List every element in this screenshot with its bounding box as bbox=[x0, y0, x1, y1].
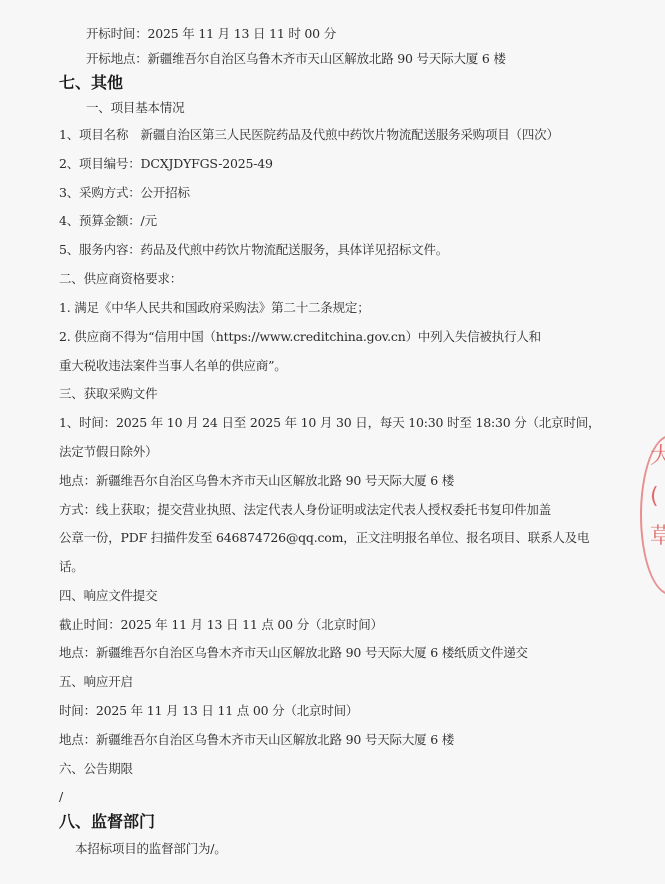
acquire-time-cont: 法定节假日除外） bbox=[59, 444, 157, 460]
open-place: 地点：新疆维吾尔自治区乌鲁木齐市天山区解放北路 90 号天际大厦 6 楼 bbox=[59, 732, 454, 748]
stamp-char: 大 bbox=[650, 437, 665, 477]
acquire-method-cont: 公章一份，PDF 扫描件发至 646874726@qq.com，正文注明报名单位… bbox=[59, 530, 589, 546]
open-time: 时间：2025 年 11 月 13 日 11 点 00 分（北京时间） bbox=[59, 703, 358, 719]
supervision-text: 本招标项目的监督部门为/。 bbox=[75, 841, 227, 857]
submit-place: 地点：新疆维吾尔自治区乌鲁木齐市天山区解放北路 90 号天际大厦 6 楼纸质文件… bbox=[59, 645, 528, 661]
opening-place: 开标地点：新疆维吾尔自治区乌鲁木齐市天山区解放北路 90 号天际大厦 6 楼 bbox=[86, 51, 506, 67]
section-7-title: 七、其他 bbox=[59, 73, 123, 93]
document-page: 开标时间：2025 年 11 月 13 日 11 时 00 分 开标地点：新疆维… bbox=[0, 0, 665, 884]
procurement-method: 3、采购方式：公开招标 bbox=[59, 185, 190, 201]
acquire-method-end: 话。 bbox=[59, 559, 84, 575]
sub1-title: 一、项目基本情况 bbox=[86, 100, 184, 116]
stamp-char: 草 bbox=[650, 517, 665, 557]
official-seal-stamp: 大 ( 草 bbox=[640, 435, 665, 595]
budget-amount: 4、预算金额：/元 bbox=[59, 213, 157, 229]
qualification-1: 1. 满足《中华人民共和国政府采购法》第二十二条规定； bbox=[59, 300, 370, 316]
opening-time: 开标时间：2025 年 11 月 13 日 11 时 00 分 bbox=[86, 26, 336, 42]
notice-period: / bbox=[59, 789, 63, 805]
stamp-char: ( bbox=[650, 477, 665, 517]
sub3-title: 三、获取采购文件 bbox=[59, 386, 157, 402]
sub4-title: 四、响应文件提交 bbox=[59, 588, 157, 604]
acquire-time: 1、时间：2025 年 10 月 24 日至 2025 年 10 月 30 日，… bbox=[59, 415, 600, 431]
section-8-title: 八、监督部门 bbox=[59, 812, 155, 832]
sub6-title: 六、公告期限 bbox=[59, 761, 133, 777]
acquire-place: 地点：新疆维吾尔自治区乌鲁木齐市天山区解放北路 90 号天际大厦 6 楼 bbox=[59, 473, 454, 489]
sub5-title: 五、响应开启 bbox=[59, 674, 133, 690]
qualification-2: 2. 供应商不得为“信用中国（https://www.creditchina.g… bbox=[59, 329, 541, 345]
sub2-title: 二、供应商资格要求： bbox=[59, 271, 182, 287]
qualification-2-cont: 重大税收违法案件当事人名单的供应商”。 bbox=[59, 358, 287, 374]
submit-deadline: 截止时间：2025 年 11 月 13 日 11 点 00 分（北京时间） bbox=[59, 617, 383, 633]
project-number: 2、项目编号：DCXJDYFGS-2025-49 bbox=[59, 156, 273, 172]
service-content: 5、服务内容：药品及代煎中药饮片物流配送服务，具体详见招标文件。 bbox=[59, 242, 448, 258]
project-name: 1、项目名称 新疆自治区第三人民医院药品及代煎中药饮片物流配送服务采购项目（四次… bbox=[59, 127, 559, 143]
acquire-method: 方式：线上获取；提交营业执照、法定代表人身份证明或法定代表人授权委托书复印件加盖 bbox=[59, 502, 551, 518]
